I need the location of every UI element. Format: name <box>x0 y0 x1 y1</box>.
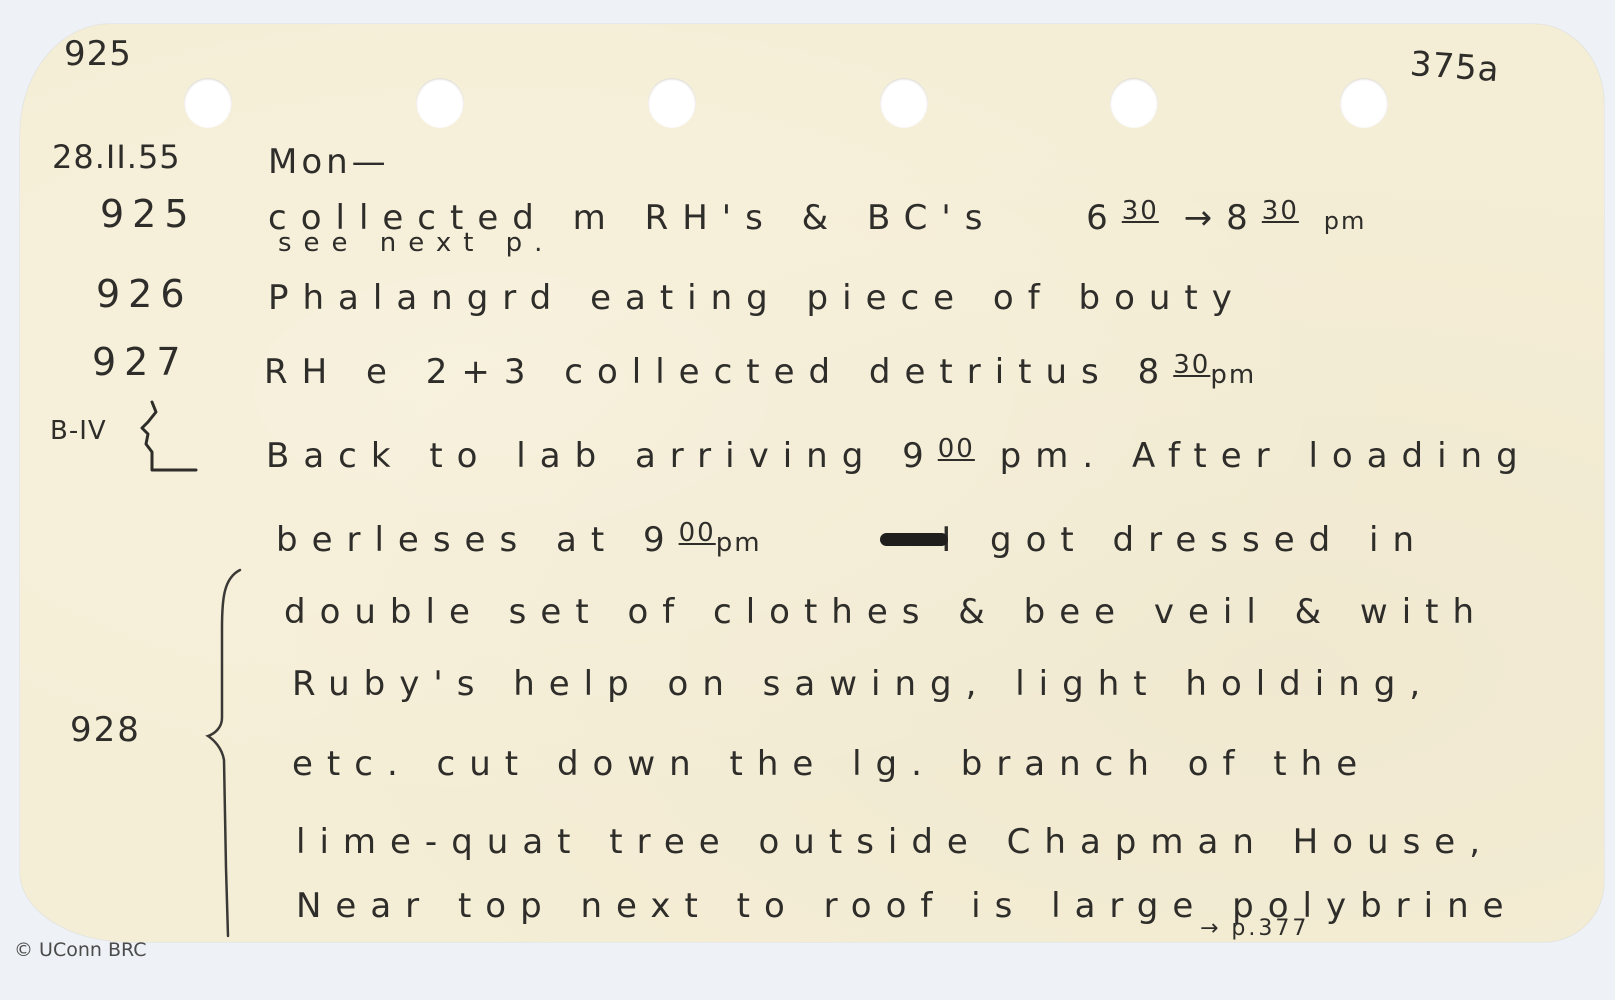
entry-biv-line1-end: pm. After loading <box>1000 436 1532 476</box>
entry-biv-line1-start: Back to lab arriving <box>266 436 877 476</box>
entry-925-subnote: see next p. <box>278 228 554 258</box>
notebook-card: 925 375a 28.II.55 Mon— 925 collected m R… <box>20 24 1604 942</box>
entry-biv-line1-minutes: 00 <box>938 434 975 464</box>
entry-928-line: Ruby's help on sawing, light holding, <box>292 664 1434 704</box>
bracket-icon <box>134 400 204 480</box>
specimen-number-927: 927 <box>92 340 189 384</box>
entry-926-text: Phalangrd eating piece of bouty <box>268 278 1246 318</box>
curly-brace-icon <box>204 568 244 938</box>
entry-927-pm: pm <box>1210 360 1256 390</box>
entry-biv-line2-minutes: 00 <box>679 518 716 548</box>
punch-hole <box>648 78 696 128</box>
entry-928-line: etc. cut down the lg. branch of the <box>292 744 1371 784</box>
continuation-note: → p.377 <box>1200 916 1309 941</box>
specimen-number-928: 928 <box>70 710 141 750</box>
entry-927-hour: 8 <box>1138 352 1174 392</box>
entry-927-minutes: 30 <box>1173 350 1210 380</box>
entry-927-description: RH e 2+3 collected detritus <box>264 352 1113 392</box>
entry-biv-line2: berleses at 900pm I got dressed in <box>276 518 1428 560</box>
entry-day: Mon— <box>268 142 390 182</box>
entry-925-pm: pm <box>1324 207 1367 235</box>
copyright-watermark: © UConn BRC <box>14 939 147 961</box>
punch-hole <box>1340 78 1388 128</box>
entry-925-start-hour: 6 <box>1086 198 1122 238</box>
arrow-icon: → <box>1184 198 1227 238</box>
entry-biv-line2-pm: pm <box>716 528 762 558</box>
ink-scribble <box>880 533 948 546</box>
punch-hole <box>1110 78 1158 128</box>
specimen-number-925: 925 <box>100 192 197 236</box>
entry-biv-line2-hour: 9 <box>643 520 679 560</box>
entry-biv-line1: Back to lab arriving 900 pm. After loadi… <box>266 434 1532 476</box>
specimen-number-926: 926 <box>96 272 193 316</box>
entry-biv-line2-end: I got dressed in <box>941 520 1428 560</box>
punch-hole <box>416 78 464 128</box>
card-number-left: 925 <box>64 34 132 74</box>
entry-925-end-hour: 8 <box>1226 198 1262 238</box>
entry-928-line: Near top next to roof is large polybrine <box>296 886 1518 926</box>
punch-hole <box>184 78 232 128</box>
entry-925-start-minutes: 30 <box>1122 196 1159 226</box>
entry-928-line: double set of clothes & bee veil & with <box>284 592 1488 632</box>
entry-928-line: lime-quat tree outside Chapman House, <box>296 822 1494 862</box>
section-label-b-iv: B-IV <box>50 416 107 446</box>
entry-biv-line1-hour: 9 <box>902 436 938 476</box>
entry-date: 28.II.55 <box>52 138 181 176</box>
entry-biv-line2-start: berleses at <box>276 520 618 560</box>
entry-925-end-minutes: 30 <box>1262 196 1299 226</box>
punch-hole <box>880 78 928 128</box>
card-number-right: 375a <box>1409 44 1501 90</box>
entry-927-text: RH e 2+3 collected detritus 830pm <box>264 350 1256 392</box>
